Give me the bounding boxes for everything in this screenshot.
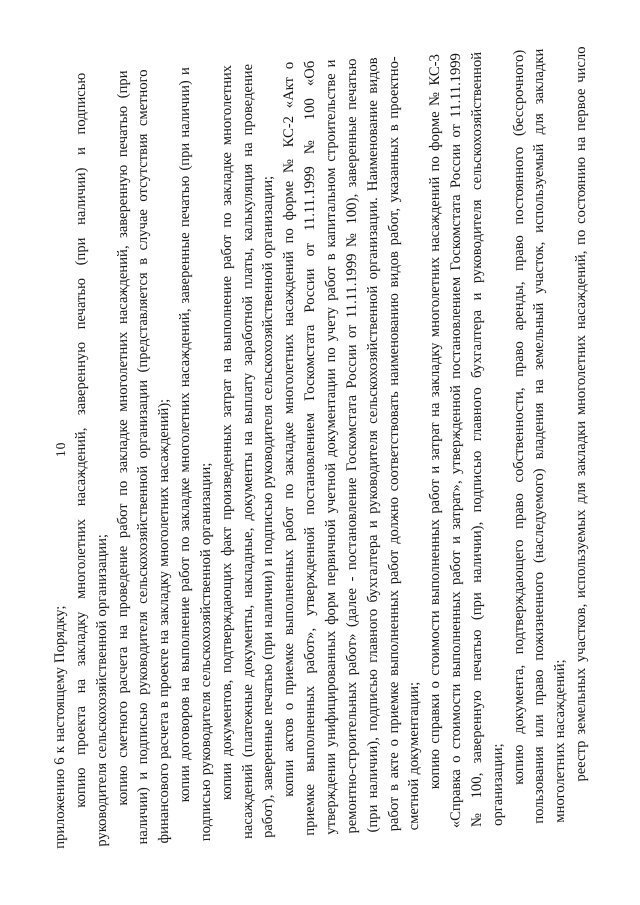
text-line: копии актов о приемке выполненных работ … <box>279 61 300 837</box>
text-line: копию проекта на закладку многолетних на… <box>71 72 92 848</box>
text-line: сметной документации; <box>404 55 425 831</box>
scanned-page: 10 приложению 6 к настоящему Порядку;коп… <box>0 0 640 905</box>
text-line: утверждении унифицированных форм первичн… <box>321 59 342 835</box>
text-line: реестр земельных участков, используемых … <box>571 46 592 822</box>
text-line: № 100, заверенную печатью (при наличии),… <box>467 51 488 827</box>
text-line: наличии) и подписью руководителя сельско… <box>133 69 154 845</box>
paragraph: копию документа, подтверждающего право с… <box>509 47 572 825</box>
text-line: копии документов, подтверждающих факт пр… <box>217 65 238 841</box>
paragraph: приложению 6 к настоящему Порядку; <box>50 73 71 849</box>
paragraph: копии договоров на выполнение работ по з… <box>175 66 217 843</box>
paragraph: реестр земельных участков, используемых … <box>571 46 592 822</box>
paragraph: копию сметного расчета на проведение раб… <box>113 68 176 846</box>
paragraph: копии актов о приемке выполненных работ … <box>279 55 425 838</box>
text-line: насаждений (платежные документы, накладн… <box>238 63 259 839</box>
text-line: работ в акте о приемке выполненных работ… <box>384 56 405 832</box>
text-line: приемке выполненных работ», утвержденной… <box>300 60 321 836</box>
text-line: (при наличии), подписью главного бухгалт… <box>363 57 384 833</box>
text-line: «Справка о стоимости выполненных работ и… <box>446 53 467 829</box>
text-line: пользования или право пожизненного (насл… <box>529 48 550 824</box>
paragraph: копию проекта на закладку многолетних на… <box>71 71 113 848</box>
scan-skew-layer: 10 приложению 6 к настоящему Порядку;коп… <box>0 0 640 905</box>
text-line: руководителя сельскохозяйственной органи… <box>92 71 113 847</box>
text-line: копию документа, подтверждающего право с… <box>509 49 530 825</box>
text-line: приложению 6 к настоящему Порядку; <box>50 73 71 849</box>
text-line: финансового расчета в проекте на закладк… <box>154 68 175 844</box>
page-content: 10 приложению 6 к настоящему Порядку;коп… <box>0 0 640 905</box>
text-line: подписью руководителя сельскохозяйственн… <box>196 66 217 842</box>
text-line: организации; <box>488 50 509 826</box>
text-line: многолетних насаждений; <box>550 47 571 823</box>
text-block: приложению 6 к настоящему Порядку;копию … <box>50 46 592 849</box>
text-line: копию сметного расчета на проведение раб… <box>113 70 134 846</box>
text-line: копию справки о стоимости выполненных ра… <box>425 54 446 830</box>
text-line: ремонтно-строительных работ» (далее - по… <box>342 58 363 834</box>
paragraph: копию справки о стоимости выполненных ра… <box>425 50 508 829</box>
text-line: копии договоров на выполнение работ по з… <box>175 67 196 843</box>
text-line: работ), заверенные печатью (при наличии)… <box>258 62 279 838</box>
paragraph: копии документов, подтверждающих факт пр… <box>217 62 280 840</box>
